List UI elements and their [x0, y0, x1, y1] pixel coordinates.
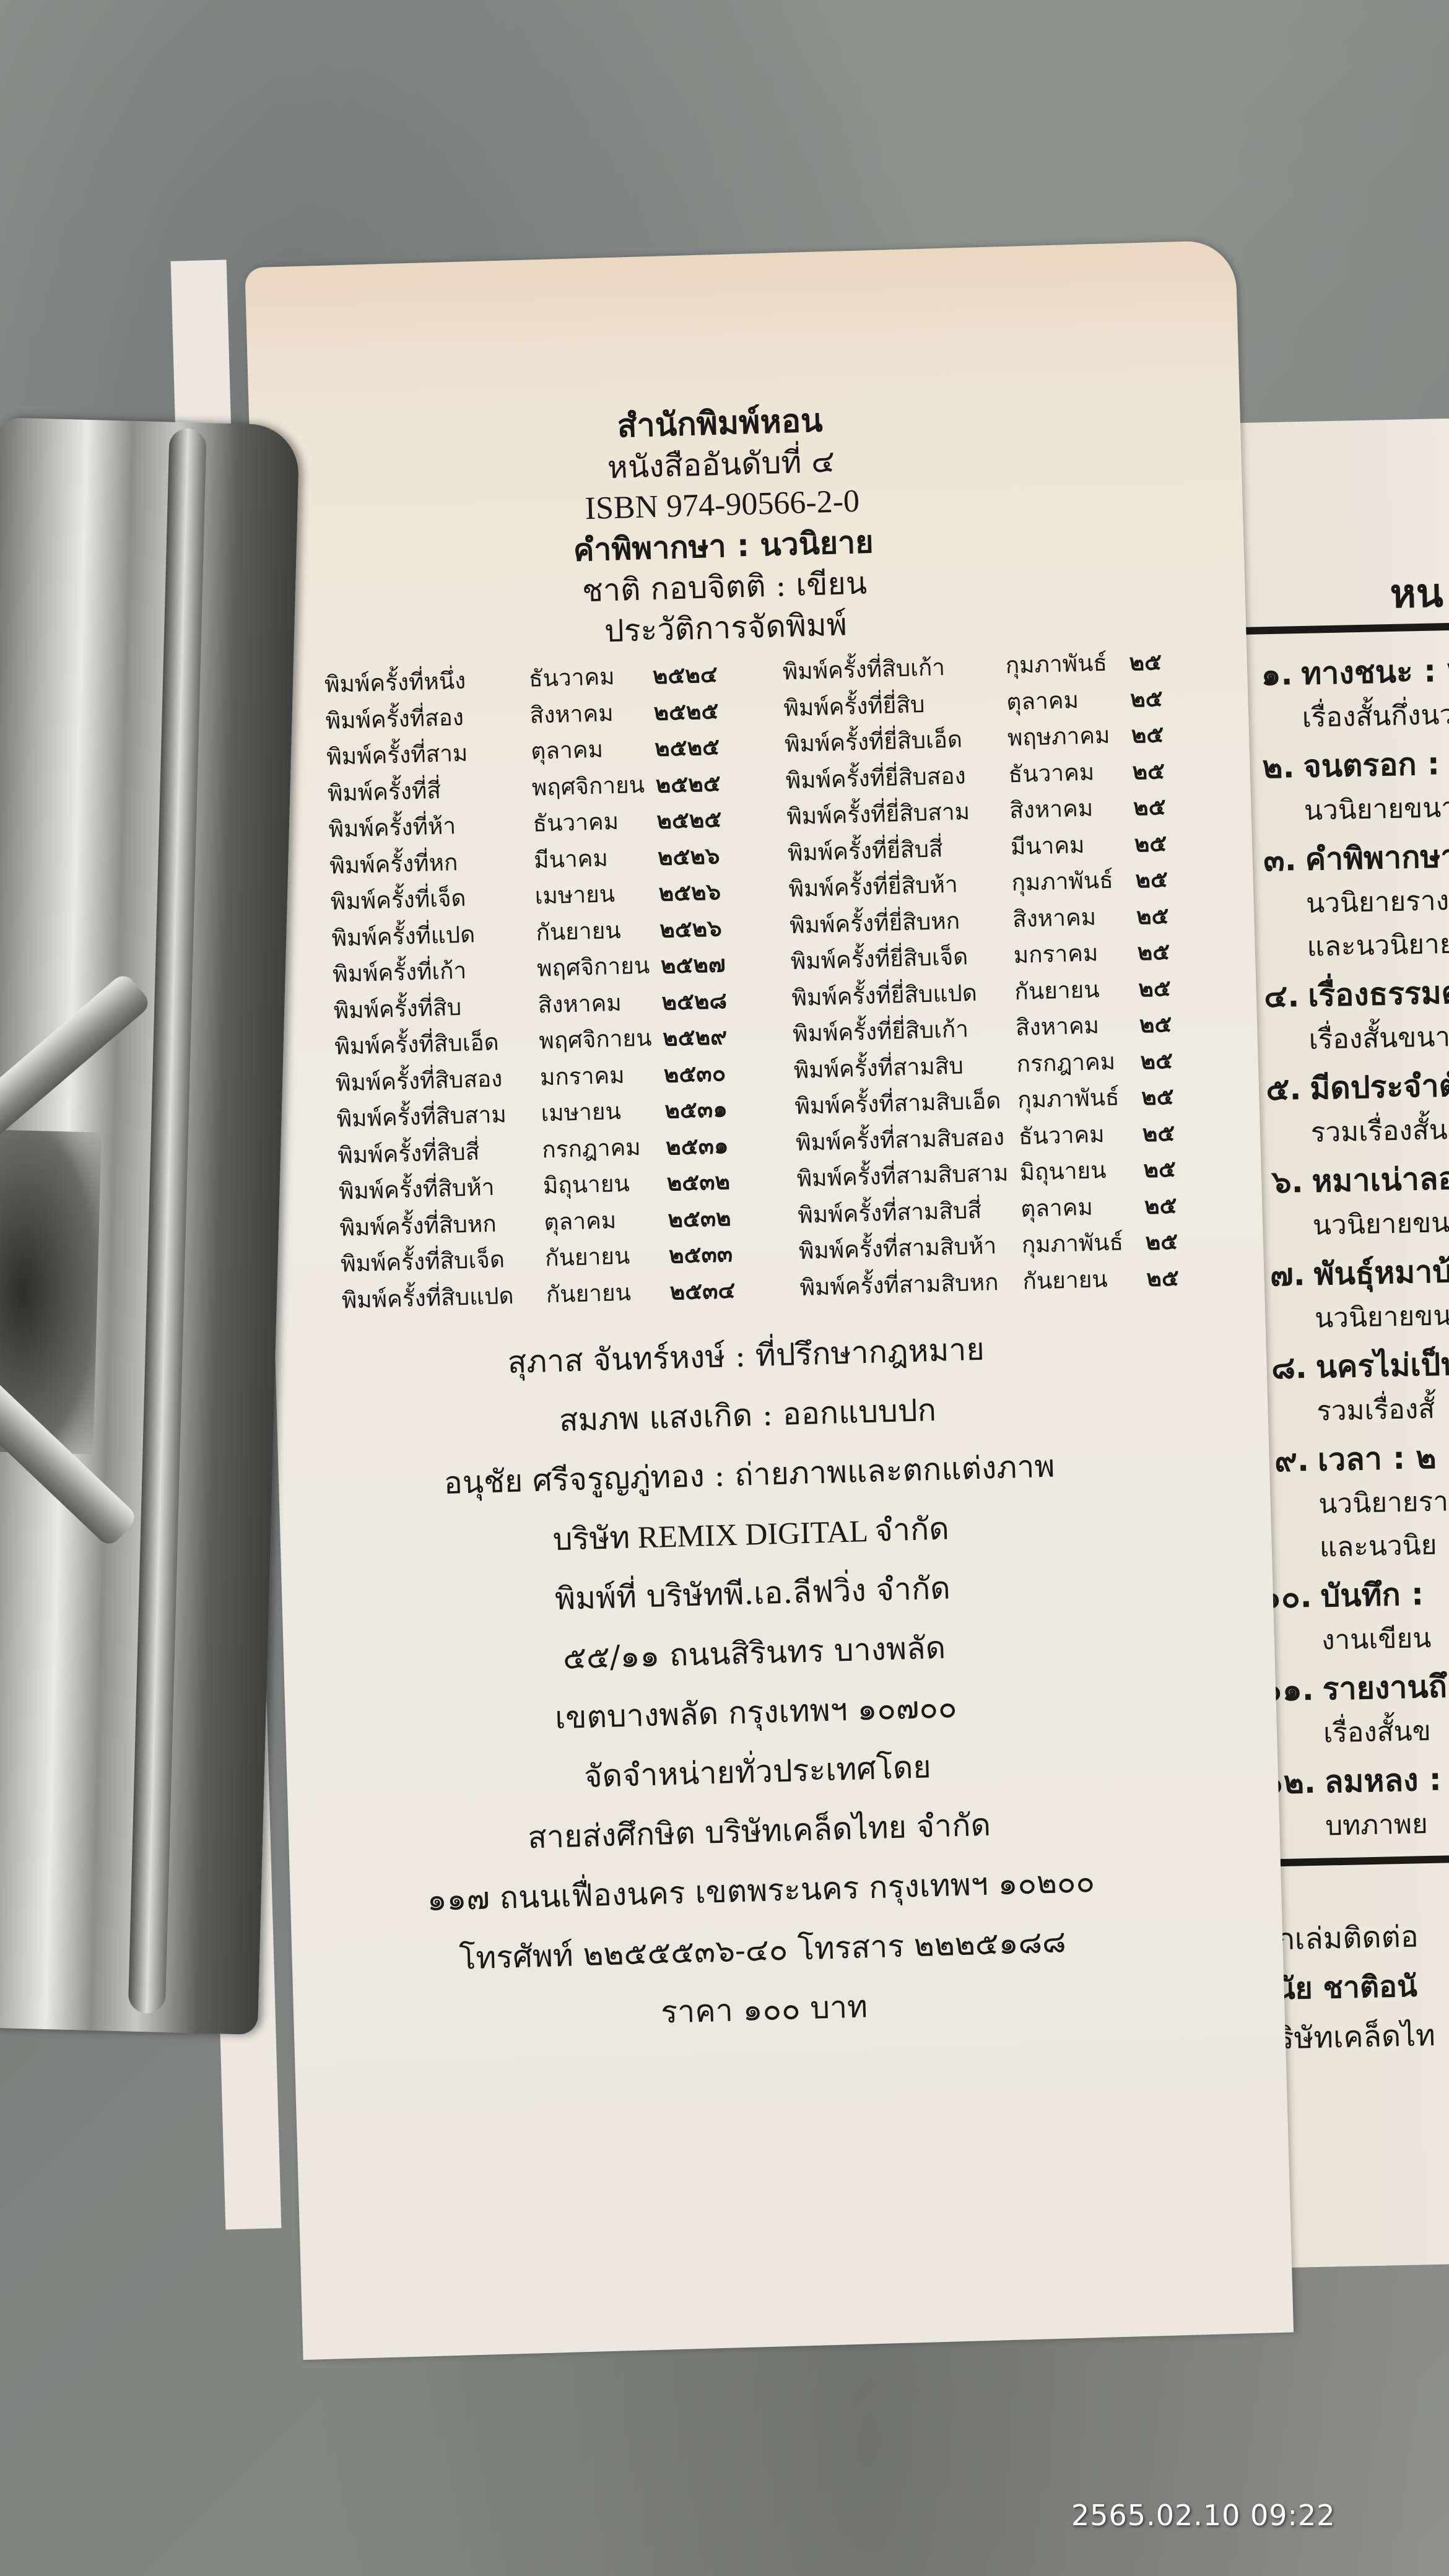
edition-month: กันยายน: [546, 1273, 671, 1313]
toc-title: หมาเน่าลอย: [1312, 1160, 1449, 1199]
edition-year: ๒๕๓๑: [665, 1126, 753, 1165]
edition-label: พิมพ์ครั้งที่สิบเก้า: [782, 648, 1006, 690]
edition-month: สิงหาคม: [1012, 898, 1137, 938]
toc-title-line: ๒.จนตรอก : ๒: [1226, 740, 1449, 791]
edition-year: ๒๕: [1133, 786, 1233, 825]
edition-year: ๒๕: [1139, 1004, 1239, 1043]
edition-month: สิงหาคม: [1015, 1006, 1140, 1046]
toc-title-line: ๙.เวลา : ๒: [1240, 1434, 1449, 1484]
toc-item: ๑.ทางชนะ : ๒เรื่องสั้นกึ่งนว: [1224, 647, 1449, 741]
edition-year: ๒๕๒๗: [660, 945, 748, 983]
toc-description: และนวนิยาย: [1230, 922, 1449, 970]
edition-label: พิมพ์ครั้งที่สามสิบห้า: [798, 1227, 1022, 1270]
edition-label: พิมพ์ครั้งที่สิบ: [333, 987, 539, 1029]
edition-label: พิมพ์ครั้งที่เจ็ด: [330, 879, 536, 921]
toc-title-line: ๗.พันธุ์หมาบ้: [1237, 1248, 1449, 1299]
toc-description: นวนิยายรา: [1242, 1479, 1449, 1528]
edition-month: ธันวาคม: [1018, 1115, 1143, 1155]
edition-month: พฤศจิกายน: [539, 1020, 664, 1060]
toc-title-line: ๕.มีดประจำตั: [1233, 1062, 1449, 1113]
toc-bottom-rule: [1261, 1854, 1449, 1866]
edition-year: ๒๕๓๒: [666, 1162, 754, 1201]
edition-year: ๒๕๒๘: [661, 981, 749, 1020]
toc-description: เรื่องสั้นกึ่งนว: [1225, 693, 1449, 741]
credits: สุภาส จันทร์หงษ์ : ที่ปรึกษากฎหมาย สมภพ …: [275, 1313, 1236, 2052]
toc-title: รายงานถึ: [1322, 1668, 1447, 1707]
edition-label: พิมพ์ครั้งที่สามสิบเอ็ด: [794, 1082, 1018, 1125]
colophon-page: สำนักพิมพ์หอน หนังสืออันดับที่ ๔ ISBN 97…: [245, 240, 1294, 2360]
edition-label: พิมพ์ครั้งที่สี่: [327, 770, 533, 812]
edition-year: ๒๕: [1129, 642, 1229, 681]
toc-title-line: ๓.คำพิพากษา: [1228, 833, 1449, 884]
edition-year: ๒๕๒๙: [662, 1017, 750, 1056]
edition-month: เมษายน: [541, 1092, 666, 1132]
edition-month: กุมภาพันธ์: [1005, 645, 1130, 684]
edition-year: ๒๕๒๕: [653, 692, 741, 730]
toc-item: ๔.เรื่องธรรมดาเรื่องสั้นขนาด: [1230, 969, 1449, 1063]
toc-item: ๕.มีดประจำตัรวมเรื่องสั้น: [1233, 1062, 1449, 1156]
toc-title: นครไม่เป็น: [1315, 1346, 1449, 1385]
toc-title: มีดประจำตั: [1310, 1068, 1449, 1107]
edition-year: ๒๕: [1134, 823, 1234, 862]
edition-label: พิมพ์ครั้งที่ยี่สิบสาม: [786, 793, 1010, 835]
edition-year: ๒๕: [1131, 714, 1231, 753]
edition-month: กันยายน: [544, 1237, 669, 1277]
edition-month: กรกฎาคม: [541, 1128, 666, 1168]
toc-item: ๓.คำพิพากษานวนิยายรางวัและนวนิยาย: [1228, 833, 1449, 970]
edition-month: กันยายน: [536, 912, 661, 951]
printing-history-table: พิมพ์ครั้งที่หนึ่งธันวาคม๒๕๒๔พิมพ์ครั้งท…: [324, 642, 1246, 1318]
edition-label: พิมพ์ครั้งที่แปด: [331, 915, 537, 957]
edition-label: พิมพ์ครั้งที่สิบแปด: [341, 1277, 547, 1319]
toc-item: ๗.พันธุ์หมาบ้นวนิยายขน: [1237, 1248, 1449, 1342]
toc-title: คำพิพากษา: [1305, 838, 1449, 877]
toc-description: นวนิยายขน: [1237, 1294, 1449, 1342]
edition-label: พิมพ์ครั้งที่สามสิบ: [793, 1046, 1017, 1089]
toc-top-rule: [1236, 622, 1449, 635]
toc-description: นวนิยายขนาด: [1227, 786, 1449, 834]
toc-item: ๒.จนตรอก : ๒นวนิยายขนาด: [1226, 740, 1449, 834]
edition-month: สิงหาคม: [1009, 790, 1134, 829]
edition-month: ธันวาคม: [533, 803, 658, 842]
edition-label: พิมพ์ครั้งที่สามสิบสี่: [798, 1191, 1021, 1234]
edition-label: พิมพ์ครั้งที่ยี่สิบเอ็ด: [784, 720, 1007, 763]
edition-month: ตุลาคม: [531, 730, 656, 770]
edition-month: ธันวาคม: [528, 658, 653, 697]
toc-title: ลมหลง :: [1324, 1762, 1442, 1800]
edition-year: ๒๕: [1136, 895, 1236, 934]
edition-label: พิมพ์ครั้งที่สามสิบสาม: [796, 1155, 1020, 1198]
edition-month: มิถุนายน: [1019, 1151, 1144, 1191]
edition-label: พิมพ์ครั้งที่สิบเอ็ด: [334, 1024, 540, 1066]
toc-description: รวมเรื่องสั้น: [1234, 1108, 1449, 1156]
toc-description: งานเขียน: [1244, 1616, 1449, 1664]
photo-scene: หน ๑.ทางชนะ : ๒เรื่องสั้นกึ่งนว๒.จนตรอก …: [0, 0, 1449, 2576]
edition-year: ๒๕๒๔: [652, 655, 740, 694]
edition-month: พฤษภาคม: [1007, 717, 1132, 757]
toc-title-line: ๑.ทางชนะ : ๒: [1224, 647, 1449, 698]
edition-label: พิมพ์ครั้งที่สอง: [325, 697, 531, 739]
toc-description: เรื่องสั้นขนาด: [1232, 1015, 1449, 1063]
edition-month: กุมภาพันธ์: [1011, 862, 1136, 902]
toc-description: รวมเรื่องสั้: [1240, 1386, 1449, 1435]
edition-month: พฤศจิกายน: [531, 767, 656, 806]
toc-title: เวลา : ๒: [1317, 1440, 1437, 1478]
clip-emboss-upper: [0, 971, 153, 1149]
edition-month: ตุลาคม: [1006, 681, 1131, 720]
edition-year: ๒๕: [1138, 968, 1238, 1007]
edition-year: ๒๕๒๖: [658, 872, 746, 911]
printing-history-left-column: พิมพ์ครั้งที่หนึ่งธันวาคม๒๕๒๔พิมพ์ครั้งท…: [324, 655, 794, 1319]
edition-year: ๒๕๒๕: [654, 728, 742, 766]
edition-label: พิมพ์ครั้งที่ยี่สิบสี่: [787, 829, 1011, 872]
edition-label: พิมพ์ครั้งที่สิบหก: [339, 1204, 545, 1247]
toc-title: ทางชนะ : ๒: [1301, 652, 1449, 692]
edition-label: พิมพ์ครั้งที่หนึ่ง: [324, 661, 529, 703]
edition-month: มิถุนายน: [542, 1165, 668, 1204]
edition-month: กรกฎาคม: [1016, 1043, 1141, 1082]
edition-month: พฤศจิกายน: [536, 947, 661, 987]
toc-title-line: ๖.หมาเน่าลอย: [1235, 1155, 1449, 1206]
edition-month: กันยายน: [1022, 1260, 1147, 1300]
edition-year: ๒๕: [1132, 751, 1232, 790]
toc-title-line: ๑๐.บันทึก :: [1243, 1570, 1449, 1621]
edition-label: พิมพ์ครั้งที่สาม: [326, 734, 532, 776]
edition-month: สิงหาคม: [537, 984, 663, 1024]
toc-description: และนวนิย: [1242, 1523, 1449, 1571]
edition-year: ๒๕๒๕: [655, 764, 743, 803]
edition-label: พิมพ์ครั้งที่ยี่สิบสอง: [785, 757, 1009, 799]
edition-label: พิมพ์ครั้งที่ยี่สิบหก: [790, 902, 1013, 944]
edition-month: เมษายน: [534, 875, 659, 915]
edition-month: มกราคม: [1013, 934, 1138, 974]
edition-label: พิมพ์ครั้งที่สามสิบสอง: [795, 1119, 1019, 1162]
footer-line-1: ทุกเล่มติดต่อ: [1256, 1912, 1434, 1965]
edition-year: ๒๕๓๑: [664, 1090, 752, 1128]
toc-title: เรื่องธรรมดา: [1308, 974, 1449, 1014]
edition-month: มีนาคม: [1010, 825, 1135, 865]
colophon-content: สำนักพิมพ์หอน หนังสืออันดับที่ ๔ ISBN 97…: [249, 390, 1235, 2052]
edition-month: ธันวาคม: [1008, 753, 1133, 793]
edition-year: ๒๕: [1141, 1076, 1241, 1115]
edition-label: พิมพ์ครั้งที่ยี่สิบเจ็ด: [790, 938, 1014, 980]
toc-description: นวนิยายรางวั: [1229, 879, 1449, 927]
edition-year: ๒๕: [1145, 1221, 1245, 1260]
toc-title-line: ๔.เรื่องธรรมดา: [1230, 969, 1449, 1020]
edition-label: พิมพ์ครั้งที่ยี่สิบเก้า: [792, 1010, 1016, 1053]
edition-year: ๒๕: [1143, 1149, 1243, 1188]
toc-title-line: ๘.นครไม่เป็น: [1238, 1341, 1449, 1391]
edition-year: ๒๕: [1135, 859, 1235, 898]
edition-month: ตุลาคม: [1020, 1188, 1145, 1227]
metal-binder-clip: [0, 417, 300, 2035]
edition-month: มีนาคม: [533, 839, 658, 879]
toc-item: ๘.นครไม่เป็นรวมเรื่องสั้: [1238, 1341, 1449, 1435]
edition-label: พิมพ์ครั้งที่สิบสี่: [337, 1132, 543, 1174]
edition-label: พิมพ์ครั้งที่สิบสอง: [335, 1060, 541, 1102]
edition-month: กุมภาพันธ์: [1017, 1079, 1142, 1118]
edition-year: ๒๕: [1144, 1185, 1244, 1224]
edition-year: ๒๕: [1137, 931, 1237, 970]
edition-label: พิมพ์ครั้งที่ยี่สิบ: [783, 684, 1007, 727]
edition-year: ๒๕: [1146, 1257, 1247, 1296]
toc-item: ๖.หมาเน่าลอยนวนิยายขน: [1235, 1155, 1449, 1249]
toc-description: นวนิยายขน: [1235, 1201, 1449, 1249]
edition-label: พิมพ์ครั้งที่สิบห้า: [338, 1168, 544, 1210]
printing-history-right-column: พิมพ์ครั้งที่สิบเก้ากุมภาพันธ์๒๕พิมพ์ครั…: [782, 642, 1246, 1306]
edition-label: พิมพ์ครั้งที่หก: [329, 842, 535, 884]
edition-label: พิมพ์ครั้งที่สามสิบหก: [799, 1263, 1023, 1306]
edition-year: ๒๕๓๐: [663, 1054, 751, 1092]
edition-month: กันยายน: [1014, 970, 1139, 1010]
edition-year: ๒๕: [1140, 1040, 1240, 1079]
toc-title: จนตรอก : ๒: [1303, 745, 1449, 785]
edition-month: มกราคม: [539, 1056, 664, 1095]
edition-label: พิมพ์ครั้งที่สิบสาม: [336, 1096, 542, 1138]
edition-year: ๒๕: [1142, 1112, 1242, 1151]
edition-year: ๒๕๒๕: [656, 800, 744, 838]
edition-label: พิมพ์ครั้งที่ยี่สิบห้า: [788, 865, 1012, 908]
camera-timestamp: 2565.02.10 09:22: [1071, 2499, 1336, 2532]
edition-label: พิมพ์ครั้งที่เก้า: [332, 951, 537, 993]
edition-year: ๒๕๓๔: [669, 1271, 757, 1309]
edition-year: ๒๕๒๖: [659, 909, 747, 947]
toc-title: บันทึก :: [1320, 1576, 1424, 1614]
edition-label: พิมพ์ครั้งที่ห้า: [328, 806, 534, 848]
edition-label: พิมพ์ครั้งที่สิบเจ็ด: [340, 1240, 546, 1282]
edition-month: กุมภาพันธ์: [1021, 1224, 1146, 1263]
edition-month: สิงหาคม: [529, 694, 655, 734]
toc-title: พันธุ์หมาบ้: [1313, 1253, 1449, 1292]
edition-month: ตุลาคม: [544, 1201, 669, 1240]
edition-label: พิมพ์ครั้งที่ยี่สิบแปด: [791, 974, 1015, 1017]
edition-year: ๒๕๓๓: [668, 1235, 756, 1273]
toc-heading: หน: [1390, 561, 1444, 625]
clip-ridge: [128, 428, 207, 2014]
edition-year: ๒๕: [1129, 678, 1230, 717]
edition-year: ๒๕๓๒: [668, 1198, 755, 1237]
edition-year: ๒๕๒๖: [657, 837, 745, 875]
